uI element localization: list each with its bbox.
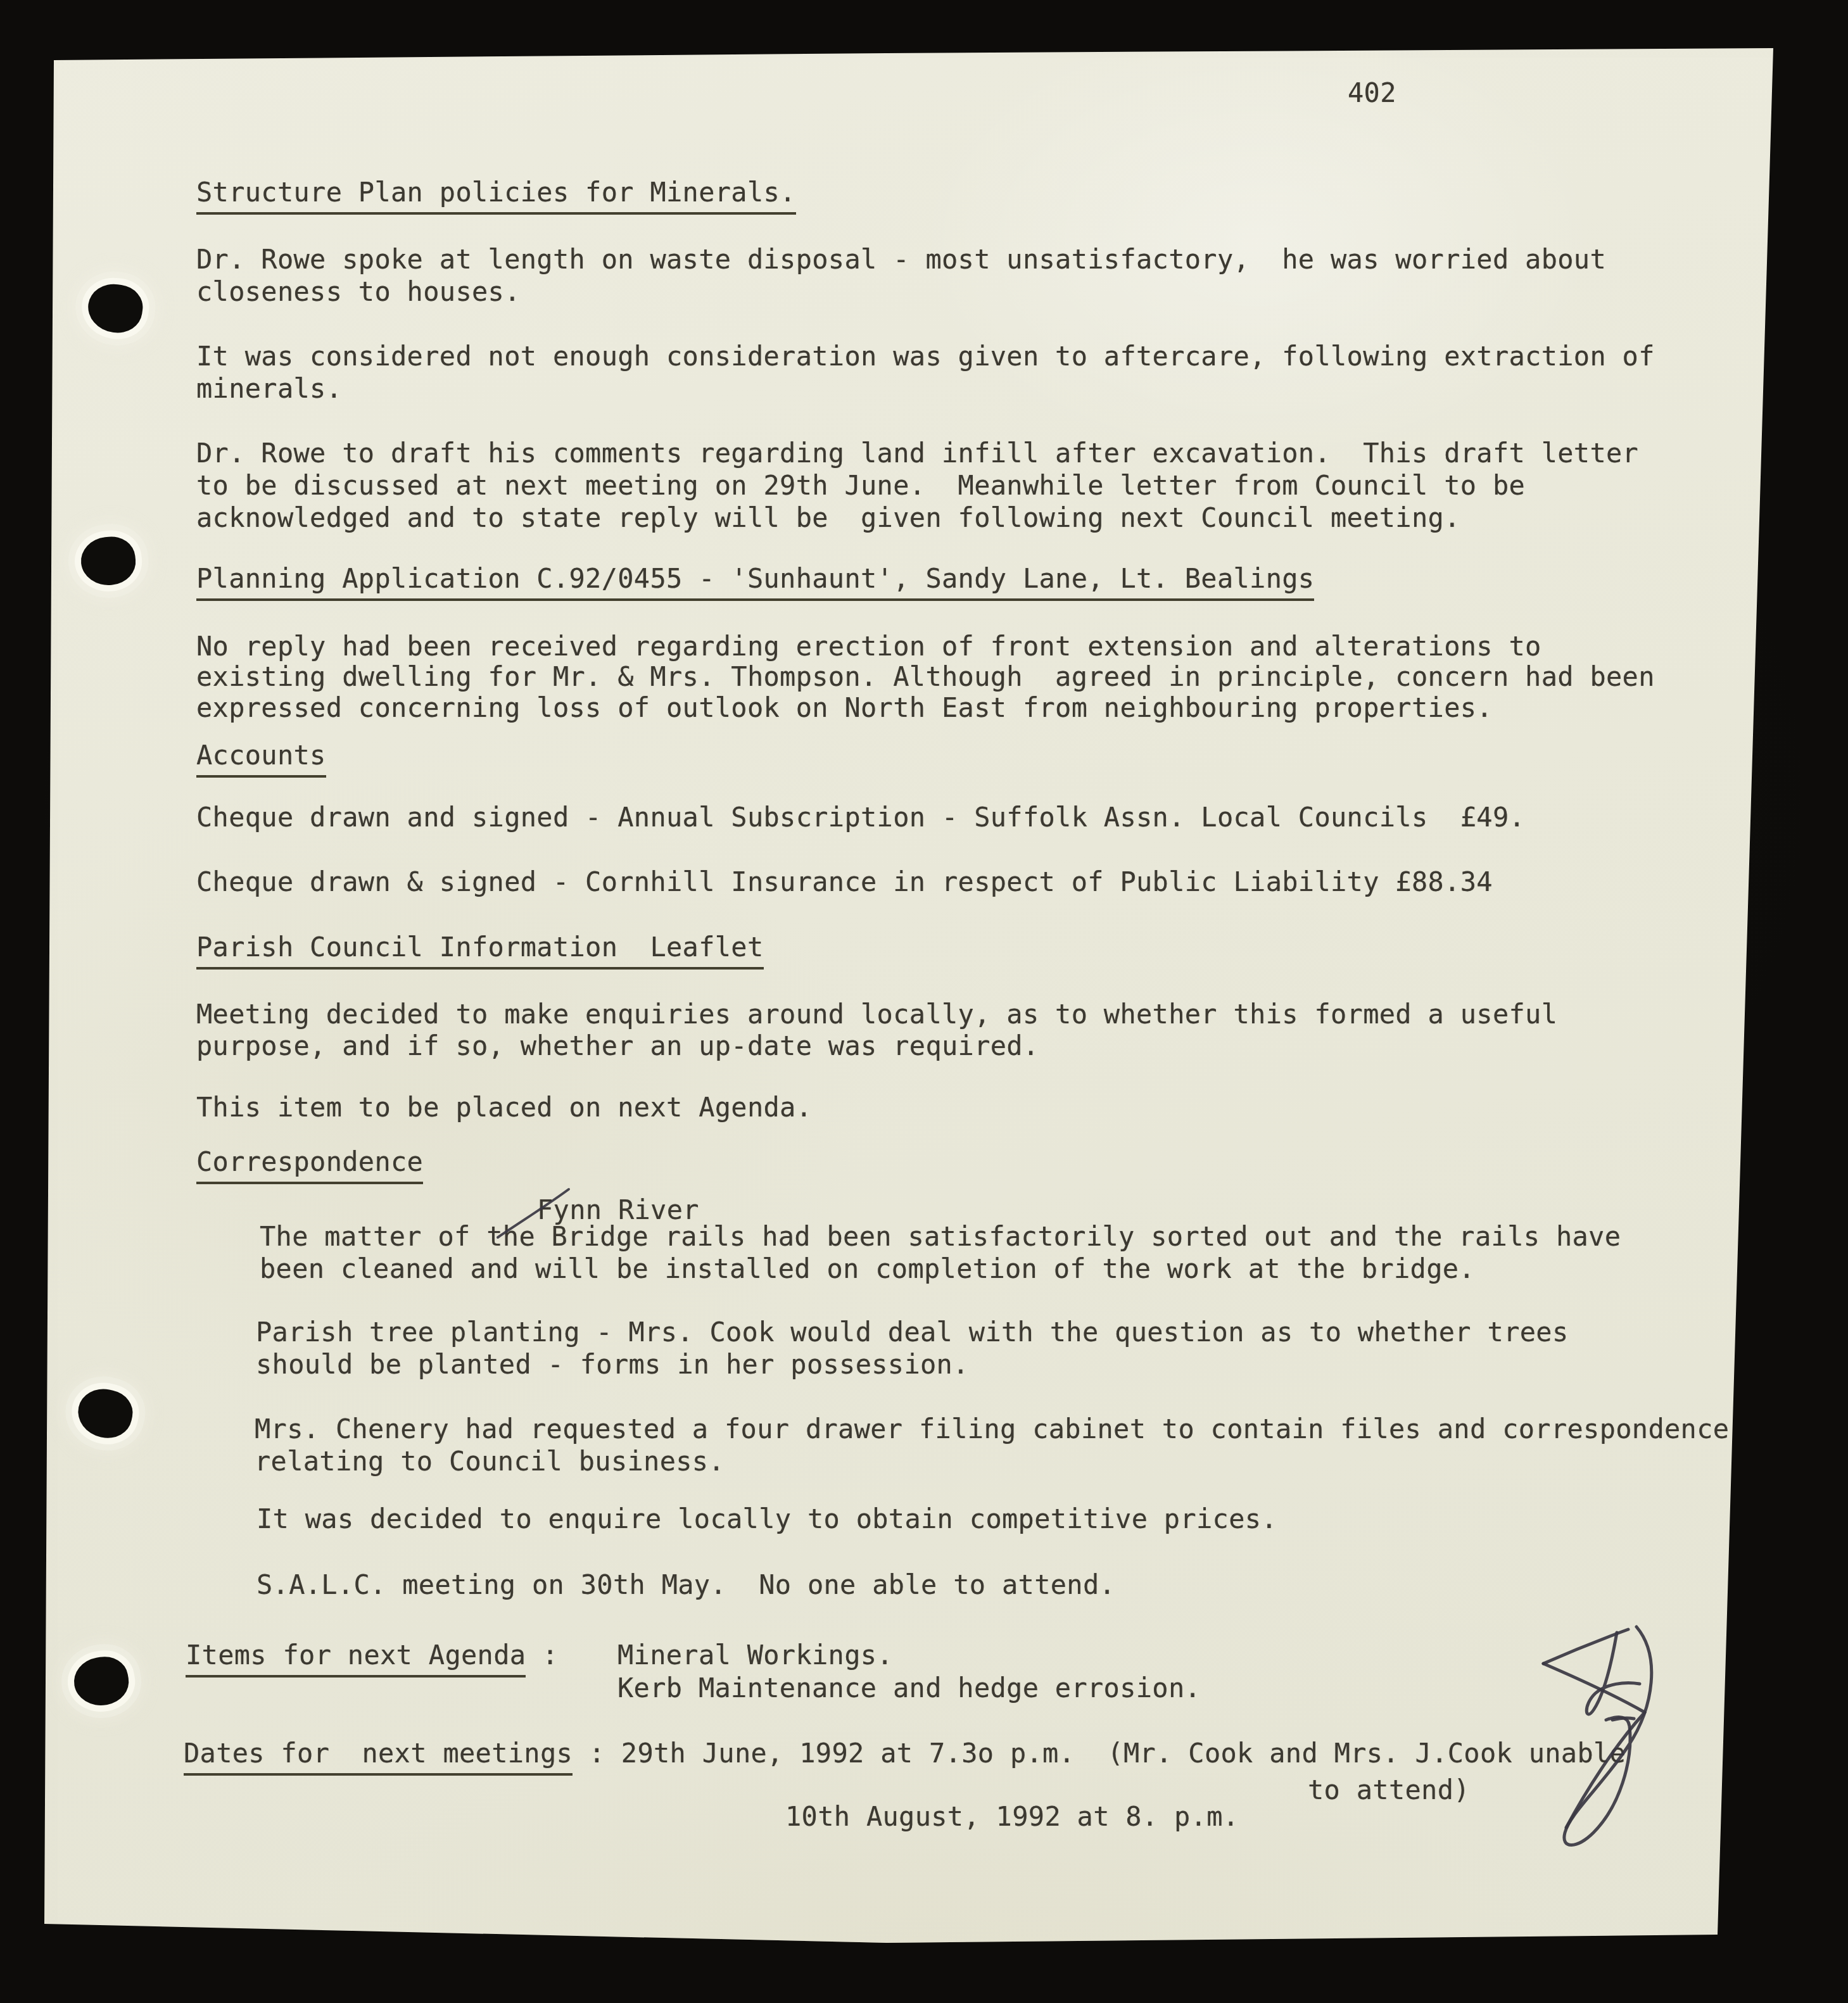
typed-line: It was decided to enquire locally to obt… [256,1506,1277,1532]
typed-line: S.A.L.C. meeting on 30th May. No one abl… [256,1572,1115,1598]
typed-line: closeness to houses. [196,279,521,305]
scanned-document-page: { "page_number": "402", "colors": { "pap… [0,0,1848,2003]
dates-line-rest: : 29th June, 1992 at 7.3o p.m. (Mr. Cook… [573,1738,1626,1769]
heading-dates-next-meetings-text: Dates for next meetings [184,1738,573,1776]
heading-accounts-text: Accounts [196,740,326,778]
typed-line: should be planted - forms in her possess… [256,1351,969,1378]
heading-planning-application-text: Planning Application C.92/0455 - 'Sunhau… [196,563,1314,601]
heading-information-leaflet: Parish Council Information Leaflet [196,934,764,961]
typed-line: Meeting decided to make enquiries around… [196,1001,1557,1028]
typed-insertion-fynn-river: Fynn River [537,1197,699,1223]
heading-correspondence-text: Correspondence [196,1146,423,1184]
heading-accounts: Accounts [196,742,326,769]
heading-dates-next-meetings: Dates for next meetings : 29th June, 199… [184,1740,1626,1767]
typed-line: Cheque drawn and signed - Annual Subscri… [196,804,1525,831]
second-meeting-date-line: 10th August, 1992 at 8. p.m. [785,1804,1239,1830]
typed-line: This item to be placed on next Agenda. [196,1094,812,1121]
typed-line: It was considered not enough considerati… [196,343,1655,370]
typed-line: Mrs. Chenery had requested a four drawer… [255,1416,1729,1443]
heading-structure-plan-text: Structure Plan policies for Minerals. [196,177,796,215]
typed-line: Cheque drawn & signed - Cornhill Insuran… [196,869,1493,895]
typed-line: expressed concerning loss of outlook on … [196,695,1493,721]
heading-items-next-agenda-text: Items for next Agenda [186,1640,526,1678]
typed-line: Dr. Rowe spoke at length on waste dispos… [196,246,1606,273]
typed-line: minerals. [196,376,342,402]
heading-planning-application: Planning Application C.92/0455 - 'Sunhau… [196,566,1314,592]
typed-line: No reply had been received regarding ere… [196,633,1541,660]
agenda-item-line: Kerb Maintenance and hedge errosion. [617,1675,1201,1702]
typed-line: Parish tree planting - Mrs. Cook would d… [256,1319,1568,1346]
typed-line: purpose, and if so, whether an up-date w… [196,1033,1039,1059]
page-number: 402 [1348,80,1396,106]
typed-line: acknowledged and to state reply will be … [196,505,1460,531]
heading-information-leaflet-text: Parish Council Information Leaflet [196,932,764,970]
typed-line: Dr. Rowe to draft his comments regarding… [196,440,1638,467]
agenda-item-line: Mineral Workings. [617,1642,893,1669]
typed-line: The matter of the Bridge rails had been … [260,1223,1621,1250]
heading-correspondence: Correspondence [196,1149,423,1175]
typed-line: to be discussed at next meeting on 29th … [196,472,1525,499]
dates-line-continuation: to attend) [1308,1777,1470,1804]
heading-items-next-agenda: Items for next Agenda : [186,1642,559,1669]
heading-structure-plan: Structure Plan policies for Minerals. [196,179,796,206]
items-agenda-colon: : [526,1640,558,1671]
typed-line: been cleaned and will be installed on co… [260,1256,1475,1282]
typed-line: existing dwelling for Mr. & Mrs. Thompso… [196,664,1655,690]
typed-line: relating to Council business. [255,1448,725,1475]
